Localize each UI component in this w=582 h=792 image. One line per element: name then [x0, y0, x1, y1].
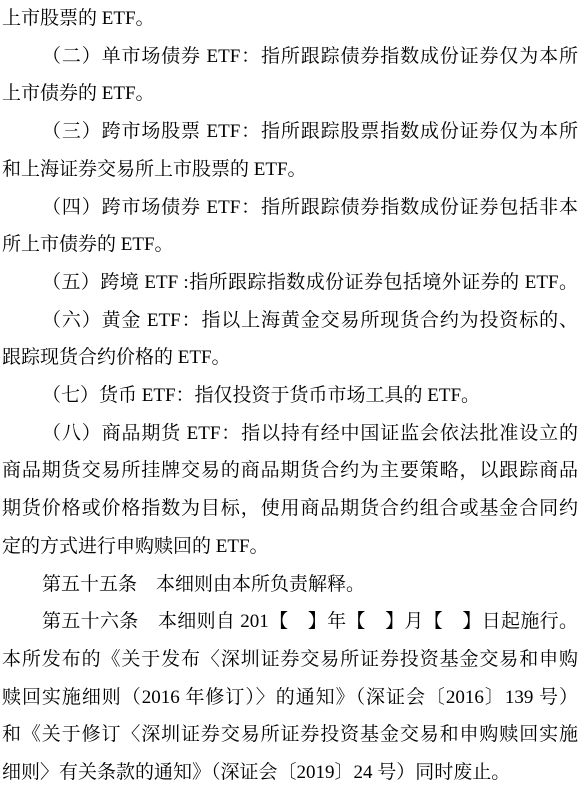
text-line: 细则〉有关条款的通知》（深证会〔2019〕24 号）同时废止。 — [2, 754, 578, 792]
text-line: （七）货币 ETF：指仅投资于货币市场工具的 ETF。 — [2, 377, 578, 415]
document-page: 上市股票的 ETF。 （二）单市场债券 ETF：指所跟踪债券指数成份证券仅为本所… — [0, 0, 582, 792]
text-line: 第五十五条 本细则由本所负责解释。 — [2, 566, 578, 604]
text-line: （二）单市场债券 ETF：指所跟踪债券指数成份证券仅为本所 — [2, 38, 578, 76]
text-line: 期货价格或价格指数为目标，使用商品期货合约组合或基金合同约 — [2, 490, 578, 528]
text-line: （三）跨市场股票 ETF：指所跟踪股票指数成份证券仅为本所 — [2, 113, 578, 151]
text-line: （四）跨市场债券 ETF：指所跟踪债券指数成份证券包括非本 — [2, 189, 578, 227]
text-line: 商品期货交易所挂牌交易的商品期货合约为主要策略，以跟踪商品 — [2, 452, 578, 490]
text-line: 和《关于修订〈深圳证券交易所证券投资基金交易和申购赎回实施 — [2, 716, 578, 754]
text-line: 定的方式进行申购赎回的 ETF。 — [2, 528, 578, 566]
text-line: （八）商品期货 ETF：指以持有经中国证监会依法批准设立的 — [2, 415, 578, 453]
text-line: 本所发布的《关于发布〈深圳证券交易所证券投资基金交易和申购 — [2, 641, 578, 679]
text-line: 跟踪现货合约价格的 ETF。 — [2, 339, 578, 377]
text-line: （五）跨境 ETF :指所跟踪指数成份证券包括境外证券的 ETF。 — [2, 264, 578, 302]
text-line: 和上海证券交易所上市股票的 ETF。 — [2, 151, 578, 189]
text-line: 上市股票的 ETF。 — [2, 0, 578, 38]
text-line: 所上市债券的 ETF。 — [2, 226, 578, 264]
text-line: 上市债券的 ETF。 — [2, 75, 578, 113]
text-line: 赎回实施细则（2016 年修订）〉的通知》（深证会〔2016〕139 号） — [2, 679, 578, 717]
text-line: 第五十六条 本细则自 201【 】年【 】月【 】日起施行。 — [2, 603, 578, 641]
text-line: （六）黄金 ETF：指以上海黄金交易所现货合约为投资标的、 — [2, 302, 578, 340]
